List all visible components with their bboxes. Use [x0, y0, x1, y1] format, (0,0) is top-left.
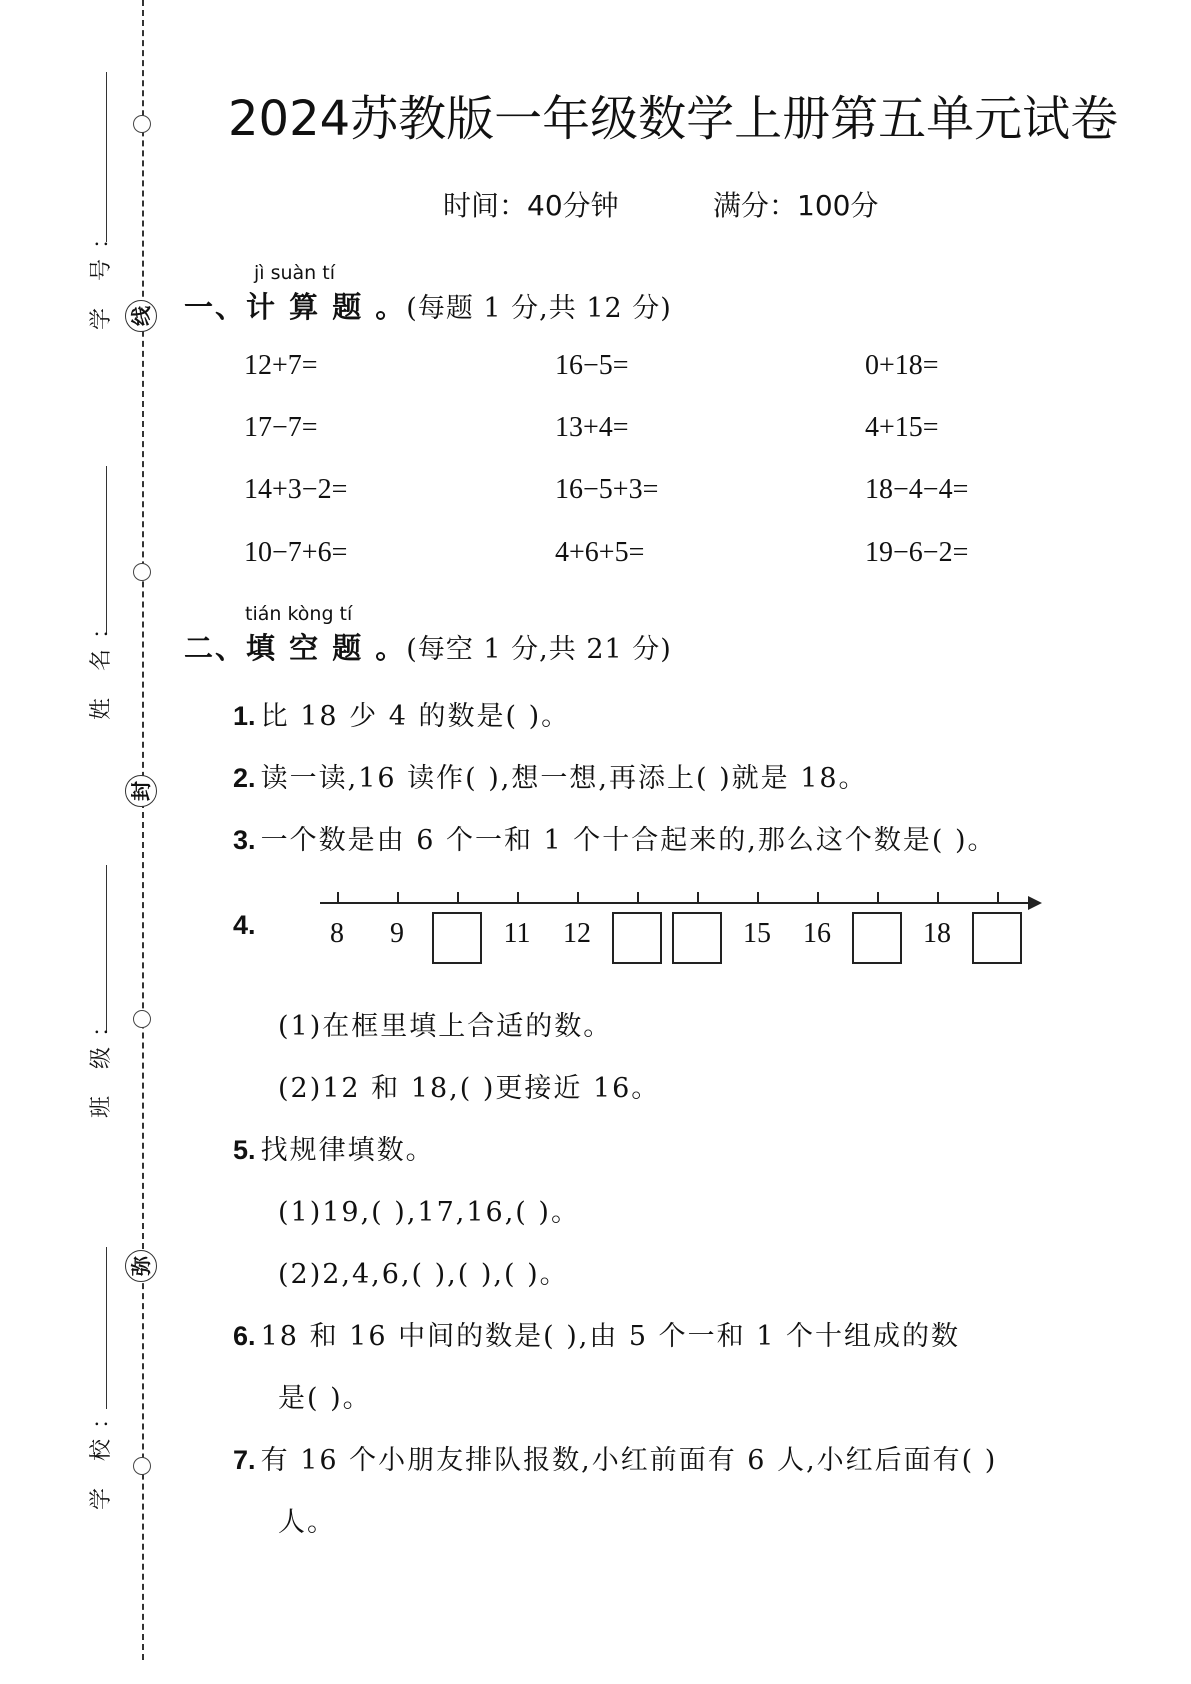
- binding-hole-icon: [133, 563, 151, 581]
- question-3: 3. 一个数是由 6 个一和 1 个十合起来的,那么这个数是( )。: [233, 818, 997, 857]
- student-id-label: 学 号：: [84, 217, 115, 330]
- arrow-right-icon: [1028, 896, 1042, 910]
- question-number: 5.: [233, 1135, 256, 1165]
- question-text: 比 18 少 4 的数是( )。: [261, 701, 571, 732]
- number-line-tick: [637, 892, 639, 902]
- binding-hole-icon: [133, 1010, 151, 1028]
- number-line-label: 16: [803, 918, 831, 950]
- question-text: 读一读,16 读作( ),想一想,再添上( )就是 18。: [261, 763, 868, 794]
- number-line-label: 11: [504, 918, 531, 950]
- question-6-line2: 是( )。: [278, 1376, 372, 1415]
- question-7: 7. 有 16 个小朋友排队报数,小红前面有 6 人,小红后面有( ): [233, 1438, 997, 1477]
- seal-mi-icon: 弥: [125, 1250, 157, 1282]
- question-text: 18 和 16 中间的数是( ),由 5 个一和 1 个十组成的数: [261, 1321, 960, 1352]
- calc-problem: 16−5+3=: [555, 474, 658, 506]
- question-2: 2. 读一读,16 读作( ),想一想,再添上( )就是 18。: [233, 756, 868, 795]
- number-line-tick: [757, 892, 759, 902]
- seal-xian-icon: 线: [125, 300, 157, 332]
- question-number: 6.: [233, 1321, 256, 1351]
- question-number: 7.: [233, 1445, 256, 1475]
- school-label: 学 校：: [84, 1397, 115, 1510]
- calc-problem: 16−5=: [555, 350, 629, 382]
- number-line-label: 12: [563, 918, 591, 950]
- calc-problem: 18−4−4=: [865, 474, 968, 506]
- section2-note: (每空 1 分,共 21 分): [406, 634, 672, 665]
- number-line-tick: [817, 892, 819, 902]
- number-line-tick: [517, 892, 519, 902]
- number-line-label: 15: [743, 918, 771, 950]
- section1-pinyin: jì suàn tí: [254, 262, 335, 284]
- question-5: 5. 找规律填数。: [233, 1128, 435, 1167]
- answer-box[interactable]: [852, 912, 902, 964]
- number-line-tick: [397, 892, 399, 902]
- question-text: 找规律填数。: [261, 1135, 435, 1166]
- section2-heading-row: 二、填 空 题 。(每空 1 分,共 21 分): [184, 626, 672, 667]
- number-line-label: 18: [923, 918, 951, 950]
- question-4-sub2: (2)12 和 18,( )更接近 16。: [278, 1066, 660, 1105]
- school-blank[interactable]: [106, 1247, 107, 1409]
- binding-hole-icon: [133, 115, 151, 133]
- binding-dashed-line: [142, 0, 144, 1660]
- binding-hole-icon: [133, 1457, 151, 1475]
- answer-box[interactable]: [972, 912, 1022, 964]
- question-5-sub2: (2)2,4,6,( ),( ),( )。: [278, 1252, 569, 1291]
- calc-problem: 10−7+6=: [244, 537, 347, 569]
- number-line-tick: [997, 892, 999, 902]
- calc-problem: 14+3−2=: [244, 474, 347, 506]
- calc-problem: 19−6−2=: [865, 537, 968, 569]
- section2-pinyin: tián kòng tí: [245, 603, 352, 625]
- number-line-tick: [937, 892, 939, 902]
- section1-heading-row: 一、计 算 题 。(每题 1 分,共 12 分): [184, 285, 672, 326]
- question-6: 6. 18 和 16 中间的数是( ),由 5 个一和 1 个十组成的数: [233, 1314, 960, 1353]
- question-4-sub1: (1)在框里填上合适的数。: [278, 1004, 612, 1043]
- exam-time: 时间：40分钟: [443, 184, 619, 224]
- answer-box[interactable]: [612, 912, 662, 964]
- calc-problem: 4+15=: [865, 412, 939, 444]
- calc-problem: 17−7=: [244, 412, 318, 444]
- calc-problem: 4+6+5=: [555, 537, 644, 569]
- number-line-tick: [697, 892, 699, 902]
- answer-box[interactable]: [432, 912, 482, 964]
- calc-problem: 0+18=: [865, 350, 939, 382]
- question-7-line2: 人。: [278, 1500, 336, 1539]
- calc-problem: 12+7=: [244, 350, 318, 382]
- class-label: 班 级：: [84, 1005, 115, 1118]
- seal-feng-icon: 封: [125, 775, 157, 807]
- number-line-label: 8: [330, 918, 344, 950]
- number-line-tick: [877, 892, 879, 902]
- exam-title: 2024苏教版一年级数学上册第五单元试卷: [228, 80, 1118, 149]
- question-number: 4.: [233, 910, 256, 941]
- question-number: 2.: [233, 763, 256, 793]
- name-label: 姓 名：: [84, 607, 115, 720]
- question-5-sub1: (1)19,( ),17,16,( )。: [278, 1190, 580, 1229]
- question-number: 3.: [233, 825, 256, 855]
- calc-problem: 13+4=: [555, 412, 629, 444]
- question-text: 一个数是由 6 个一和 1 个十合起来的,那么这个数是( )。: [261, 825, 997, 856]
- number-line-label: 9: [390, 918, 404, 950]
- answer-box[interactable]: [672, 912, 722, 964]
- number-line-tick: [577, 892, 579, 902]
- exam-full-score: 满分：100分: [713, 184, 878, 224]
- number-line-tick: [457, 892, 459, 902]
- section1-heading: 一、计 算 题 。: [184, 290, 406, 324]
- question-number: 1.: [233, 701, 256, 731]
- number-line-tick: [337, 892, 339, 902]
- question-text: 有 16 个小朋友排队报数,小红前面有 6 人,小红后面有( ): [261, 1445, 998, 1476]
- question-1: 1. 比 18 少 4 的数是( )。: [233, 694, 570, 733]
- section2-heading: 二、填 空 题 。: [184, 631, 406, 665]
- number-line-axis: [320, 902, 1030, 904]
- section1-note: (每题 1 分,共 12 分): [406, 293, 672, 324]
